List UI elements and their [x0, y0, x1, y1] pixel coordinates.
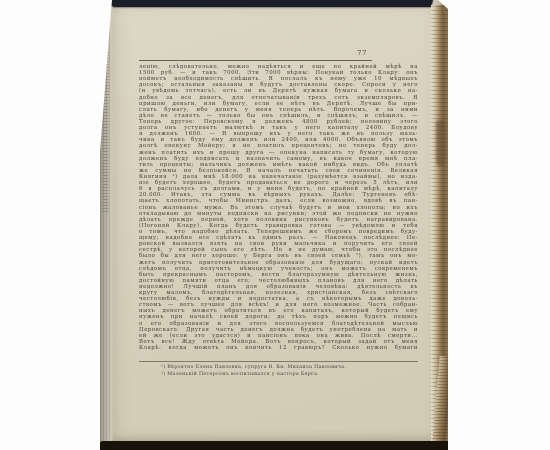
text-line: Перовскаго. Другая часть денегъ должна б…	[139, 327, 418, 333]
book-page-photo: 77 ленію, слѣдовательно, можно надѣяться…	[100, 0, 448, 450]
body-text: ленію, слѣдовательно, можно надѣяться и …	[139, 64, 418, 351]
fore-edge-stain	[436, 120, 445, 166]
footnotes: ¹) Вѣроятно Елена Павловна, супруга В. К…	[139, 364, 418, 379]
footnote-separator	[139, 361, 418, 362]
book-cover-bottom-edge	[100, 441, 448, 450]
text-line: нуженъ при началѣ своей дороги; до тѣхъ …	[139, 314, 418, 320]
text-line: долженъ буду подписать и назначить самом…	[139, 156, 418, 162]
text-line: было бы для него хорошо: у Берга онъ въ …	[139, 253, 418, 259]
screenshot-root: 77 ленію, слѣдовательно, можно надѣяться…	[0, 0, 550, 450]
text-line: тить проценты; мальчикъ долженъ имѣть ка…	[139, 162, 418, 168]
text-line: о его образованіи и для этого воспользуе…	[139, 321, 418, 327]
text-line: добно за все денегъ, для отпечатыванія т…	[139, 95, 418, 101]
text-line: пришлю деньги, или бумагу, если ее нѣтъ …	[139, 101, 418, 107]
text-line: Кларѣ: когда можетъ онъ кончить 12 гравю…	[139, 345, 418, 351]
text-line: долгѣ опекуну Мойеру; я не платилъ проце…	[139, 143, 418, 149]
footnote: ¹) Вѣроятно Елена Павловна, супруга В. К…	[139, 364, 418, 371]
text-line: женъ платить ихъ и прошу друга — опекуна…	[139, 150, 418, 156]
text-line: (и увѣдомь тотчасъ), есть ли въ Дерптѣ н…	[139, 88, 418, 94]
book-cover-top-edge	[100, 0, 448, 7]
header-rule	[139, 60, 372, 61]
text-line: откладываю до минуты подписки на рисунки…	[139, 211, 418, 217]
text-line: слѣдомъ отца, получитъ нѣмецкую ученость…	[139, 266, 418, 272]
text-line: сіонъ жалованье мужа. Въ этомъ случаѣ бу…	[139, 205, 418, 211]
text-line: слать бумагу, ибо денегъ у меня теперь н…	[139, 107, 418, 113]
text-line: жетъ получить приготовительное образован…	[139, 260, 418, 266]
gutter-page-lines	[100, 6, 111, 442]
text-line: щаетъ хлопотать, чтобы Министръ далъ, ес…	[139, 198, 418, 204]
page-number: 77	[139, 49, 372, 57]
text-line: дѣлать прежде первой, хотя половина рису…	[139, 217, 418, 223]
text-line: быть прекраснымъ пасторомъ, вести благор…	[139, 272, 418, 278]
footnote: ²) Маленькій Петерсонъ воспитывался у па…	[139, 371, 418, 378]
gutter-bleed-text	[102, 52, 109, 212]
